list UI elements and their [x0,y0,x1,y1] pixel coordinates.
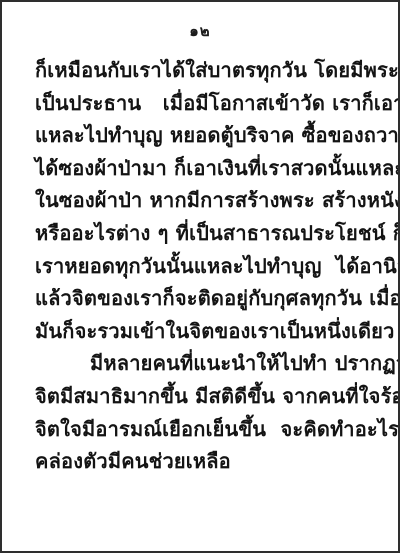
text-line: ก็เหมือนกับเราได้ใส่บาตรทุกวัน โดยมีพระพ… [35,54,372,87]
text-line: ได้ซองผ้าป่ามา ก็เอาเงินที่เราสวดนั้นแหล… [35,152,372,185]
text-line: มันก็จะรวมเข้าในจิตของเราเป็นหนึ่งเดียว [35,315,372,348]
page-number: ๑๒ [2,19,398,43]
text-line: หรืออะไรต่าง ๆ ที่เป็นสาธารณประโยชน์ ก็เ… [35,217,372,250]
text-line: แหละไปทำบุญ หยอดตู้บริจาค ซื้อของถวายพระ… [35,119,372,152]
text-line: จิตมีสมาธิมากขึ้น มีสติดีขึ้น จากคนที่ใจ… [35,380,372,413]
text-line: เป็นประธาน เมื่อมีโอกาสเข้าวัด เราก็เอาเ… [35,87,372,120]
text-line: เราหยอดทุกวันนั้นแหละไปทำบุญ ได้อานิสงส์… [35,250,372,283]
book-page: ๑๒ ก็เหมือนกับเราได้ใส่บาตรทุกวัน โดยมีพ… [0,0,400,553]
text-line: ในซองผ้าป่า หากมีการสร้างพระ สร้างหนังสื… [35,184,372,217]
text-line: คล่องตัวมีคนช่วยเหลือ [35,445,372,478]
paragraph: ก็เหมือนกับเราได้ใส่บาตรทุกวัน โดยมีพระพ… [35,54,372,347]
text-line: แล้วจิตของเราก็จะติดอยู่กับกุศลทุกวัน เม… [35,282,372,315]
text-line: จิตใจมีอารมณ์เยือกเย็นขึ้น จะคิดทำอะไรก็… [35,413,372,446]
text-line: มีหลายคนที่แนะนำให้ไปทำ ปรากฏว่า ทำแล้ว [35,347,372,380]
paragraph: มีหลายคนที่แนะนำให้ไปทำ ปรากฏว่า ทำแล้ว … [35,347,372,477]
page-body: ก็เหมือนกับเราได้ใส่บาตรทุกวัน โดยมีพระพ… [35,54,372,478]
